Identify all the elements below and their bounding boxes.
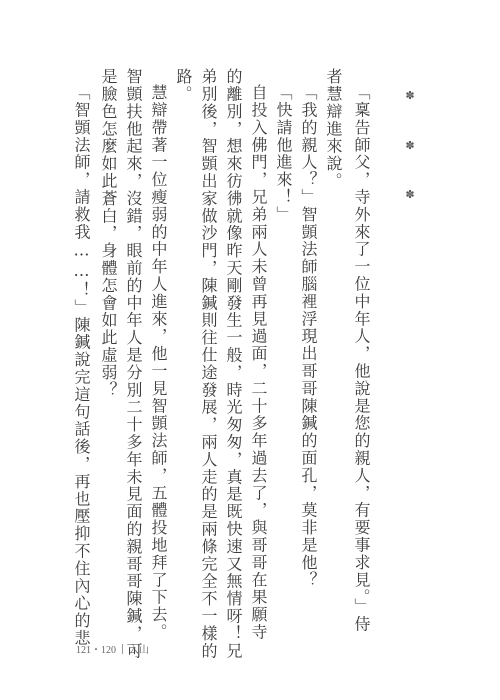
chapter-title: 入山 [129,641,149,656]
text-column-8: 路。 [172,68,194,103]
page-footer: 121・120 入山 [76,641,149,656]
text-column-7: 弟別後，智顗出家做沙門，陳鍼則往仕途發展，兩人走的是兩條完全不一樣的 [197,68,219,660]
text-column-12: 「智顗法師，請救我……！」陳鍼說完這句話後，再也壓抑不住內心的悲 [70,84,92,647]
book-page: ✽ ✽ ✽ 「稟告師父，寺外來了一位中年人，他說是您的親人，有要事求見。」侍 者… [0,0,500,700]
text-column-11: 是臉色怎麼如此蒼白，身體怎會如此虛弱？ [97,68,119,399]
section-break-ornaments: ✽ ✽ ✽ [400,90,420,200]
flower-ornament-icon: ✽ [405,140,414,151]
text-column-6: 的離別，想來彷彿就像昨天剛發生一般，時光匆匆，真是既快速又無情呀！兄 [222,68,244,660]
text-column-3: 「我的親人？」智顗法師腦裡浮現出哥哥陳鍼的面孔，莫非是他？ [297,84,319,589]
text-column-2: 者慧辯進來說。 [322,68,344,190]
text-column-10: 智顗扶他起來，沒錯，眼前的中年人是分別二十多年未見面的親哥哥陳鍼，可 [122,68,144,660]
text-column-9: 慧辯帶著一位瘦弱的中年人進來，他一見智顗法師，五體投地拜了下去。 [147,84,169,641]
text-column-5: 自投入佛門，兄弟兩人未曾再見過面，二十多年過去了，與哥哥在果願寺 [247,84,269,641]
text-column-1: 「稟告師父，寺外來了一位中年人，他說是您的親人，有要事求見。」侍 [350,84,372,633]
text-column-4: 「快請他進來！」 [272,84,294,223]
flower-ornament-icon: ✽ [405,189,414,200]
footer-divider [122,644,123,654]
flower-ornament-icon: ✽ [405,90,414,101]
page-numbers: 121・120 [76,641,116,656]
